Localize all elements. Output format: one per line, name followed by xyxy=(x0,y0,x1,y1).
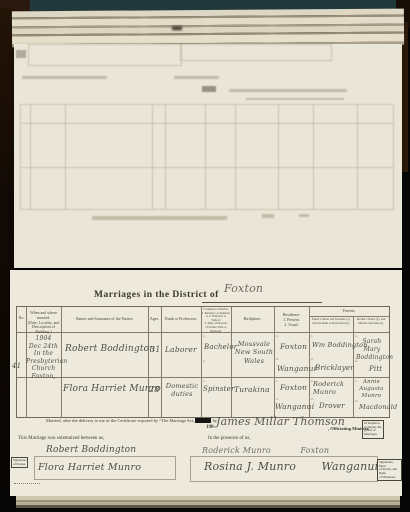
witness1-name: Roderick Munro xyxy=(202,446,271,455)
printed-mark: 1. xyxy=(276,334,279,338)
printed-mark: 2. xyxy=(203,359,206,363)
groom-mother-maiden: Pitt xyxy=(369,365,382,373)
page-title: Marriages in the District of xyxy=(94,290,219,300)
redaction-mark xyxy=(195,418,211,423)
groom-mother-name: Sarah Mary Boddington xyxy=(356,338,388,361)
entry-when-where: 1904 Dec 24th In the Presbyterian Church… xyxy=(26,335,61,380)
printed-mark: 1. xyxy=(311,334,314,338)
registrar-stamp: Or Registrar or Deputy Re- gistrar of Ma… xyxy=(362,420,384,439)
groom-birthplace: Mossvale New South Wales xyxy=(234,340,274,365)
entry-number: 41 xyxy=(12,362,21,370)
header-birthplace: Birthplace. xyxy=(231,317,274,322)
register-book-photo: Marriages in the District of Foxton No. … xyxy=(0,0,410,512)
groom-condition: Bachelor xyxy=(204,343,237,351)
witness1-signature: Roderick Munro Foxton xyxy=(202,446,329,455)
parties-margin-stamp: Signatures of Parties. xyxy=(11,457,28,468)
header-when-where: When and where married. [Date, Locality,… xyxy=(26,311,61,335)
witness2-name: Rosina J. Munro xyxy=(204,460,296,473)
presence-label: In the presence of us, xyxy=(208,436,251,441)
header-father: Father's Name and Surname (1), and his R… xyxy=(310,318,352,325)
printed-mark: 2. xyxy=(311,357,314,361)
header-mother: Mother's Name (1), and Maiden Surname (2… xyxy=(354,318,388,325)
certificate-line: Married, after the delivery to me of the… xyxy=(46,418,217,423)
ghost-redaction xyxy=(202,86,216,92)
printed-mark: 1. xyxy=(276,379,279,383)
bride-father-name: Roderick Munro xyxy=(313,380,347,397)
bride-residence-present: Foxton xyxy=(280,383,307,392)
printed-mark: 2. xyxy=(276,397,279,401)
page-stack-top xyxy=(12,9,404,48)
bride-name: Flora Harriet Munro xyxy=(63,384,161,394)
ghost-text-line xyxy=(229,89,347,92)
printed-mark: 2. xyxy=(311,397,314,401)
groom-age: 31 xyxy=(150,345,161,354)
title-underline xyxy=(202,302,322,303)
year-blank: 190 xyxy=(206,425,214,430)
minister-signature: James Millar Thomson xyxy=(216,415,345,428)
header-names: Names and Surnames of the Parties. xyxy=(63,317,146,322)
printed-mark: 1. xyxy=(203,334,206,338)
witnesses-margin-stamp: Signatures, Place of Abode, and Rank of … xyxy=(377,459,402,481)
groom-residence-usual: Wanganui xyxy=(277,364,316,373)
groom-rank: Laborer xyxy=(165,345,197,354)
groom-name: Robert Boddington xyxy=(65,344,155,354)
marriage-register-page: Marriages in the District of Foxton No. … xyxy=(10,270,402,496)
bride-father-rank: Drover xyxy=(319,402,345,410)
header-ages: Ages. xyxy=(148,317,161,322)
bride-condition: Spinster xyxy=(203,385,235,393)
printed-mark: 2. xyxy=(355,359,358,363)
ghost-table xyxy=(20,104,394,210)
header-no: No. xyxy=(17,316,26,321)
printer-mark xyxy=(14,483,40,484)
register-table: No. When and where married. [Date, Local… xyxy=(16,306,390,418)
witness2-signature: Rosina J. Munro Wanganui xyxy=(204,460,378,473)
district-handwriting: Foxton xyxy=(224,282,263,295)
groom-father-rank: Bricklayer xyxy=(315,364,354,372)
bride-age: 28 xyxy=(149,385,160,394)
ghost-box xyxy=(28,44,182,66)
ghost-box xyxy=(180,44,332,61)
ghost-title-line xyxy=(92,216,227,220)
witness1-abode: Foxton xyxy=(300,446,329,455)
header-residence: Residence: 1. Present. 2. Usual. xyxy=(274,313,309,327)
bride-birthplace: Turakina xyxy=(234,385,270,394)
bride-residence-usual: Wanganui xyxy=(275,402,314,411)
ghost-text-line xyxy=(246,98,344,100)
ghost-mark xyxy=(262,214,274,218)
ghost-mark xyxy=(299,214,309,217)
solemnized-label: This Marriage was solemnized between us, xyxy=(18,436,104,441)
header-rank: Rank or Profession. xyxy=(162,317,200,322)
header-parents: Parents. xyxy=(309,309,389,314)
printed-mark: 2. xyxy=(276,357,279,361)
printed-mark: 2. xyxy=(355,399,358,403)
party1-signature: Robert Boddington xyxy=(46,445,136,455)
ghost-stamp xyxy=(16,50,26,58)
ghost-text-line xyxy=(174,76,219,79)
party2-signature: Flora Harriet Munro xyxy=(38,462,141,473)
witness2-abode: Wanganui xyxy=(321,460,378,473)
bride-mother-name: Annie Augusta Munro xyxy=(354,379,389,400)
header-condition: Condition of Parties: 1. Bachelor or Spi… xyxy=(201,308,231,333)
groom-residence-present: Foxton xyxy=(280,342,307,351)
blank-verso-page xyxy=(14,44,402,268)
certificate-intro: Married, after the delivery to me of the… xyxy=(46,418,194,423)
bride-mother-maiden: Macdonald xyxy=(359,403,397,411)
ghost-text-line xyxy=(22,76,107,79)
ink-mark xyxy=(172,26,182,30)
printed-mark: 1. xyxy=(203,379,206,383)
bride-rank: Domestic duties xyxy=(164,382,200,399)
page-stack-bottom xyxy=(16,496,400,510)
